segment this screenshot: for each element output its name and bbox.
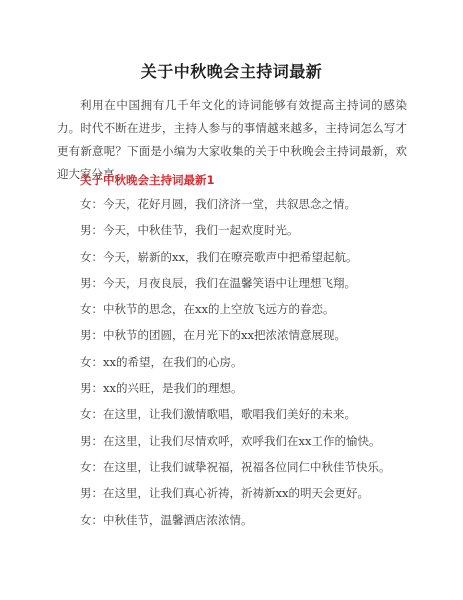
document-title: 关于中秋晚会主持词最新 <box>0 62 463 82</box>
dialogue-list: 女：今天，花好月圆，我们济济一堂，共叙思念之情。 男：今天，中秋佳节，我们一起欢… <box>80 196 420 538</box>
dialogue-line: 女：在这里，让我们激情歌唱，歌唱我们美好的未来。 <box>80 406 420 422</box>
section-heading: 关于中秋晚会主持词最新1 <box>80 172 215 188</box>
dialogue-line: 男：xx的兴旺，是我们的理想。 <box>80 380 420 396</box>
dialogue-line: 男：在这里，让我们尽情欢呼，欢呼我们在xx工作的愉快。 <box>80 433 420 449</box>
dialogue-line: 女：在这里，让我们诚挚祝福，祝福各位同仁中秋佳节快乐。 <box>80 459 420 475</box>
dialogue-line: 女：中秋节的思念，在xx的上空放飞远方的眷恋。 <box>80 301 420 317</box>
document-page: 关于中秋晚会主持词最新 利用在中国拥有几千年文化的诗词能够有效提高主持词的感染力… <box>0 0 463 600</box>
dialogue-line: 男：在这里，让我们真心祈祷，祈祷新xx的明天会更好。 <box>80 485 420 501</box>
dialogue-line: 男：今天，中秋佳节，我们一起欢度时光。 <box>80 222 420 238</box>
dialogue-line: 男：中秋节的团圆，在月光下的xx把浓浓情意展现。 <box>80 327 420 343</box>
dialogue-line: 女：今天，崭新的xx，我们在嘹亮歌声中把希望起航。 <box>80 249 420 265</box>
dialogue-line: 女：xx的希望，在我们的心房。 <box>80 354 420 370</box>
dialogue-line: 女：中秋佳节，温馨酒店浓浓情。 <box>80 512 420 528</box>
dialogue-line: 女：今天，花好月圆，我们济济一堂，共叙思念之情。 <box>80 196 420 212</box>
dialogue-line: 男：今天，月夜良辰，我们在温馨笑语中让理想飞翔。 <box>80 275 420 291</box>
